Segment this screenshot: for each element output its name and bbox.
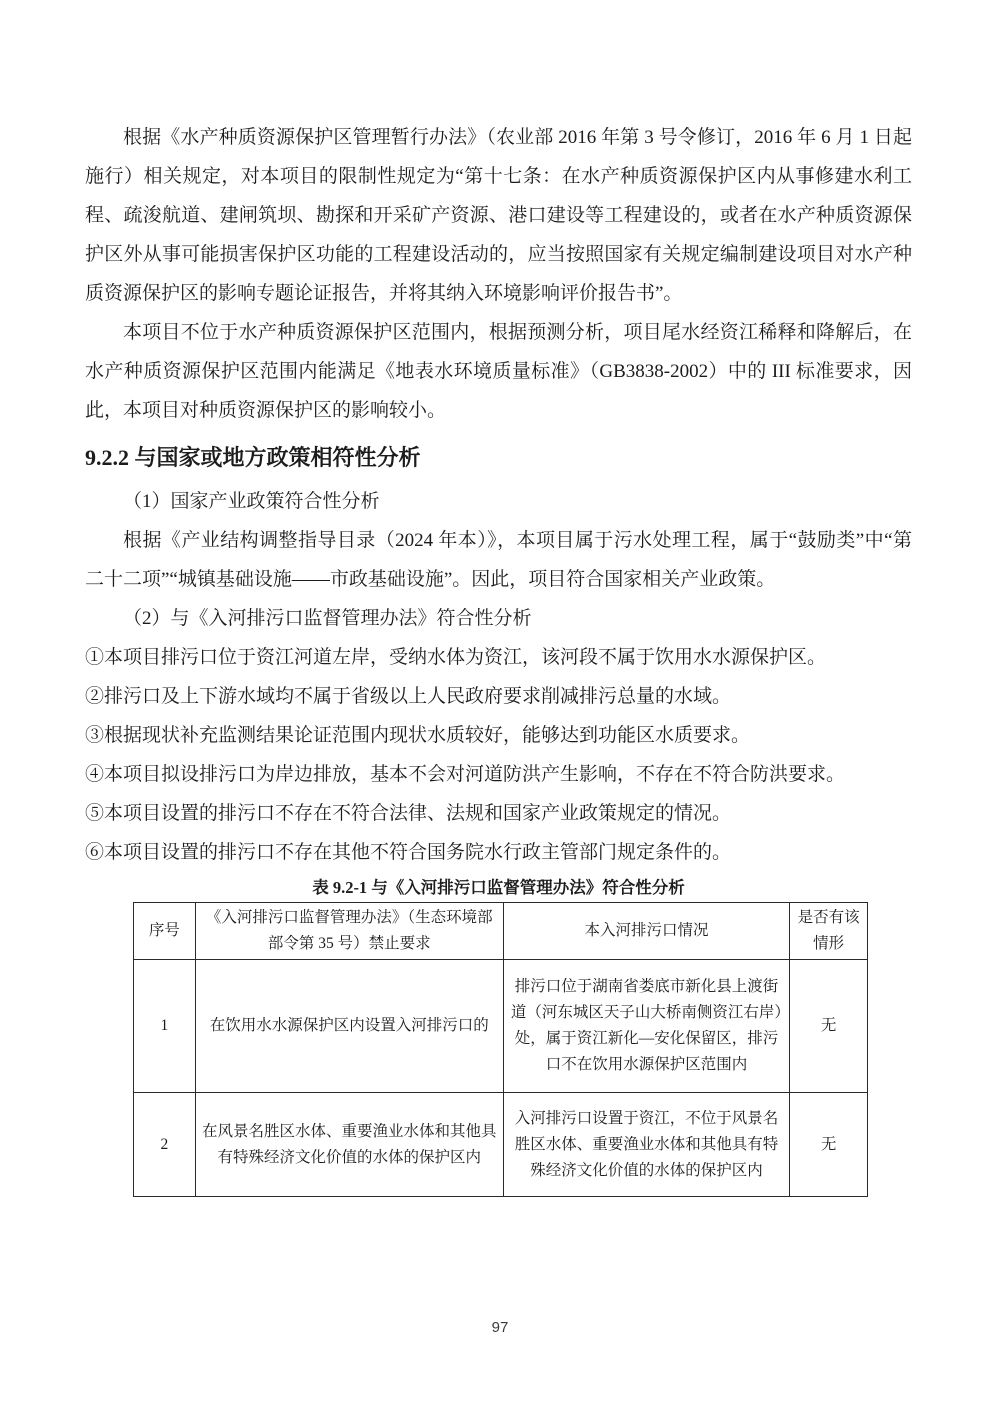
- subsection-1-title: （1）国家产业政策符合性分析: [85, 482, 912, 521]
- cell-row1-situation: 排污口位于湖南省娄底市新化县上渡街道（河东城区天子山大桥南侧资江右岸）处，属于资…: [503, 960, 789, 1093]
- cell-row2-situation: 入河排污口设置于资江，不位于风景名胜区水体、重要渔业水体和其他具有特殊经济文化价…: [503, 1093, 789, 1197]
- list-item-2: ②排污口及上下游水域均不属于省级以上人民政府要求削减排污总量的水域。: [85, 677, 912, 716]
- list-item-1: ①本项目排污口位于资江河道左岸，受纳水体为资江，该河段不属于饮用水水源保护区。: [85, 638, 912, 677]
- cell-row2-applicable: 无: [790, 1093, 868, 1197]
- cell-row2-index: 2: [134, 1093, 196, 1197]
- header-cell-applicable: 是否有该情形: [790, 903, 868, 960]
- cell-row1-requirement: 在饮用水水源保护区内设置入河排污口的: [195, 960, 503, 1093]
- compliance-table: 序号 《入河排污口监督管理办法》（生态环境部部令第 35 号）禁止要求 本入河排…: [133, 902, 868, 1197]
- table-row: 1 在饮用水水源保护区内设置入河排污口的 排污口位于湖南省娄底市新化县上渡街道（…: [134, 960, 868, 1093]
- section-heading-9-2-2: 9.2.2 与国家或地方政策相符性分析: [85, 440, 912, 476]
- table-header-row: 序号 《入河排污口监督管理办法》（生态环境部部令第 35 号）禁止要求 本入河排…: [134, 903, 868, 960]
- list-item-6: ⑥本项目设置的排污口不存在其他不符合国务院水行政主管部门规定条件的。: [85, 833, 912, 872]
- subsection-1-paragraph: 根据《产业结构调整指导目录（2024 年本）》，本项目属于污水处理工程，属于“鼓…: [85, 521, 912, 599]
- paragraph-project-conclusion: 本项目不位于水产种质资源保护区范围内，根据预测分析，项目尾水经资江稀释和降解后，…: [85, 313, 912, 430]
- subsection-2-title: （2）与《入河排污口监督管理办法》符合性分析: [85, 599, 912, 638]
- cell-row1-applicable: 无: [790, 960, 868, 1093]
- table-row: 2 在风景名胜区水体、重要渔业水体和其他具有特殊经济文化价值的水体的保护区内 入…: [134, 1093, 868, 1197]
- cell-row2-requirement: 在风景名胜区水体、重要渔业水体和其他具有特殊经济文化价值的水体的保护区内: [195, 1093, 503, 1197]
- list-item-5: ⑤本项目设置的排污口不存在不符合法律、法规和国家产业政策规定的情况。: [85, 794, 912, 833]
- header-cell-index: 序号: [134, 903, 196, 960]
- cell-row1-index: 1: [134, 960, 196, 1093]
- header-cell-requirement: 《入河排污口监督管理办法》（生态环境部部令第 35 号）禁止要求: [195, 903, 503, 960]
- list-item-4: ④本项目拟设排污口为岸边排放，基本不会对河道防洪产生影响，不存在不符合防洪要求。: [85, 755, 912, 794]
- paragraph-regulation-basis: 根据《水产种质资源保护区管理暂行办法》（农业部 2016 年第 3 号令修订，2…: [85, 118, 912, 313]
- header-cell-situation: 本入河排污口情况: [503, 903, 789, 960]
- table-caption: 表 9.2-1 与《入河排污口监督管理办法》符合性分析: [85, 876, 912, 900]
- list-item-3: ③根据现状补充监测结果论证范围内现状水质较好，能够达到功能区水质要求。: [85, 716, 912, 755]
- page-number: 97: [0, 1319, 1000, 1336]
- document-page: 根据《水产种质资源保护区管理暂行办法》（农业部 2016 年第 3 号令修订，2…: [0, 0, 1000, 1414]
